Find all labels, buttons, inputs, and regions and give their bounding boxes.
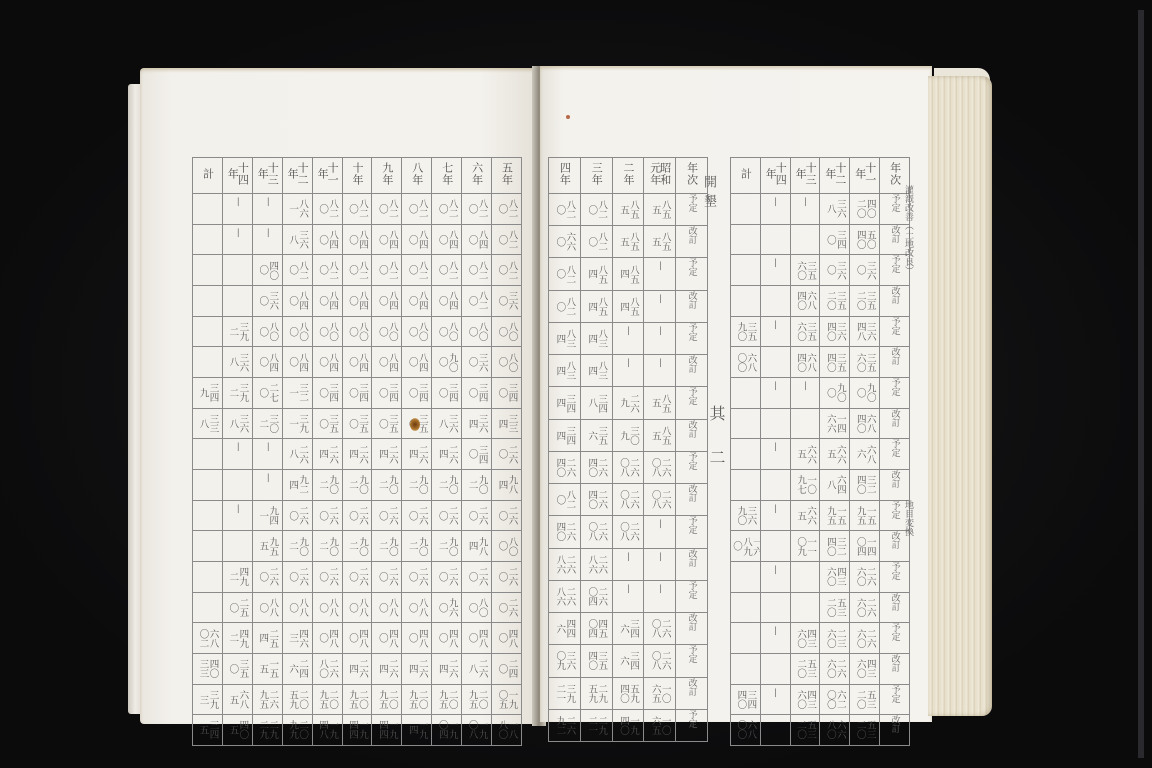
column-header-text: 昭和元年 [650, 158, 670, 190]
table-cell: 六四八 [820, 469, 850, 500]
table-cell: 九〇二 [402, 469, 432, 500]
table-cell [760, 653, 790, 684]
table-cell-text: 二六四 [317, 442, 337, 466]
column-header-text: 計 [740, 168, 750, 180]
table-cell: — [760, 500, 790, 531]
table-cell: — [760, 561, 790, 592]
table-cell-text: 二六〇 [437, 565, 457, 589]
table-cell-text: 八四〇 [347, 350, 367, 374]
table-cell: 一四六六 [820, 408, 850, 439]
table-cell-text: 二六〇八 [650, 616, 670, 641]
table-cell: 二六〇 [492, 439, 522, 470]
table-cell [790, 592, 820, 623]
table-cell: 四三六〇 [820, 561, 850, 592]
table-cell-text: 八二〇 [554, 197, 574, 222]
table-cell-text: 八五四 [618, 294, 638, 319]
table-cell-text: 三五六〇 [855, 350, 875, 374]
table-cell: — [222, 439, 252, 470]
table-cell: 三四〇 [342, 377, 372, 408]
table-cell-text: — [770, 320, 780, 330]
table-cell-text: 二六〇八 [618, 519, 638, 544]
table-cell: 八五五 [644, 226, 676, 258]
table-cell: 三六〇 [462, 347, 492, 378]
table-cell-text: 八八〇 [347, 596, 367, 620]
row-label: 改訂 [880, 592, 910, 623]
row-label: 予定 [676, 709, 708, 741]
table-cell-text: 二九二九 [257, 718, 277, 742]
table-cell-text: 三四〇 [497, 381, 517, 405]
table-cell: 三六四〇 [820, 316, 850, 347]
table-cell: 八〇〇 [492, 347, 522, 378]
table-cell-text: 二六四 [377, 657, 397, 681]
table-cell-text: 三五四〇 [586, 648, 606, 673]
table-cell-text: 六八四〇 [795, 289, 815, 313]
table-cell-text: 九六〇 [437, 596, 457, 620]
row-label: 改訂 [676, 355, 708, 387]
table-cell [760, 592, 790, 623]
table-cell-text: 四〇二〇 [855, 197, 875, 221]
table-row: 三六〇八四〇八四〇八四〇八四〇八四〇八四〇八二〇三六〇 [193, 285, 522, 316]
table-cell: 三五〇 [312, 408, 342, 439]
table-cell-text: 九〇二 [377, 534, 397, 558]
table-cell [760, 469, 790, 500]
table-cell: 二六〇八 [612, 516, 644, 548]
table-cell-text: 八四〇 [347, 228, 367, 252]
table-cell: 四〇三三 [193, 653, 223, 684]
table-cell-text: 八五四 [618, 261, 638, 286]
table-cell-text: 九四一 [257, 504, 277, 528]
table-cell: 二六〇八 [612, 451, 644, 483]
table-cell: 二六〇八 [580, 516, 612, 548]
column-header: 計 [731, 158, 761, 194]
table-cell-text: 八五五 [618, 229, 638, 254]
table-cell-text: 一五五 [257, 657, 277, 681]
table-cell [760, 285, 790, 316]
table-cell-text: 二六八六 [554, 584, 574, 609]
table-cell: 六八〇〇 [731, 715, 761, 746]
table-cell-text: 四九二 [227, 626, 247, 650]
column-header-text: 五年 [502, 162, 512, 186]
table-cell: 二六四 [372, 653, 402, 684]
table-cell-text: 八四〇 [467, 228, 487, 252]
table-cell: 四九二 [222, 623, 252, 654]
frame-edge [1138, 10, 1144, 758]
table-cell-text: 九〇二 [437, 534, 457, 558]
table-cell-text: 四八〇 [347, 626, 367, 650]
table-row: 八二〇二六四〇二六〇八二六〇八改訂 [549, 484, 708, 516]
table-cell: 二〇九五 [312, 684, 342, 715]
table-cell: 三二四〇 [820, 531, 850, 562]
table-cell-text: 三二四〇 [855, 473, 875, 497]
table-cell-text: 三五四〇 [825, 350, 845, 374]
table-cell-text: — [800, 381, 810, 391]
table-cell: 三六〇 [850, 255, 880, 286]
table-cell: 三五二〇 [820, 285, 850, 316]
table-cell: 八二〇 [549, 484, 581, 516]
table-cell: 三六九〇 [731, 500, 761, 531]
table-cell: 一九〇八 [462, 715, 492, 746]
table-cell-text: 二六九 [618, 390, 638, 415]
table-cell-text: 八四〇 [257, 350, 277, 374]
row-label: 予定 [676, 451, 708, 483]
table-cell-text: 二六四〇 [586, 455, 606, 480]
table-row: 一〇九七六四八三二四〇改訂 [731, 469, 910, 500]
table-cell-text: 二六四 [437, 442, 457, 466]
table-cell-text: 二六六〇 [855, 596, 875, 620]
table-cell: 三六四八 [850, 316, 880, 347]
table-cell-text: 八五五 [618, 197, 638, 222]
table-cell: 二六四〇 [549, 451, 581, 483]
table-cell-text: 一一〇九 [795, 534, 815, 558]
row-label: 予定 [676, 387, 708, 419]
table-cell-text: 八二〇 [407, 197, 427, 221]
table-cell-text: 八四〇 [347, 289, 367, 313]
table-cell: 三五〇 [222, 653, 252, 684]
table-cell: 二六〇八 [644, 613, 676, 645]
table-cell: — [760, 316, 790, 347]
table-cell: 八二〇 [580, 226, 612, 258]
table-cell: 九〇二 [432, 469, 462, 500]
table-cell-text: 二六四〇 [554, 455, 574, 480]
table-cell-text: — [232, 442, 242, 452]
table-cell: 八〇〇 [282, 316, 312, 347]
table-row: 二五〇八八〇八八〇八八〇八八〇八八〇八八〇九六〇八〇〇二六〇 [193, 592, 522, 623]
table-cell-text: 八四〇 [437, 228, 457, 252]
table-cell: 三四〇 [432, 377, 462, 408]
table-cell-text: — [232, 504, 242, 514]
table-cell-text: 八二〇 [437, 197, 457, 221]
table-cell: 二六八〇 [312, 653, 342, 684]
column-header-text: 十四年 [227, 158, 247, 190]
table-cell: 六八四〇 [790, 347, 820, 378]
row-label-text: 予定 [890, 562, 900, 580]
row-label-text: 予定 [687, 516, 697, 534]
row-label: 改訂 [880, 408, 910, 439]
table-cell: 二六〇八 [612, 484, 644, 516]
table-cell-text: 八四〇 [377, 350, 397, 374]
table-cell-text: 二六〇 [257, 565, 277, 589]
table-cell-text: — [232, 197, 242, 207]
table-cell-text: 九二四 [287, 473, 307, 497]
table-cell-text: 六八四〇 [855, 412, 875, 436]
table-cell-text: 八四〇 [377, 289, 397, 313]
table-cell: 九〇二 [462, 469, 492, 500]
table-cell-text: 三九三 [197, 688, 217, 712]
table-cell-text: 一五九五 [855, 504, 875, 528]
table-cell-text: 八二〇 [347, 197, 367, 221]
table-cell: 二六〇 [342, 561, 372, 592]
table-cell: 六六八〇 [820, 715, 850, 746]
table-cell-text: 一九四 [407, 718, 427, 742]
column-header: 十一年 [850, 158, 880, 194]
table-row: 三四九三九二二七〇三二一三四〇三四〇三四〇三四〇三四〇三四〇三四〇 [193, 377, 522, 408]
table-cell-text: 二六〇 [497, 596, 517, 620]
column-header-text: 計 [202, 168, 212, 180]
column-header-text: 八年 [412, 162, 422, 186]
table-cell-text: — [770, 504, 780, 514]
table-cell: 四〇二〇 [850, 194, 880, 225]
row-label: 予定 [676, 645, 708, 677]
table-cell [193, 439, 223, 470]
table-cell: — [644, 290, 676, 322]
table-cell: 二三六〇 [820, 623, 850, 654]
table-cell: 八四〇 [462, 224, 492, 255]
table-cell: 五三二〇 [850, 715, 880, 746]
column-header: 二年 [612, 158, 644, 194]
table-cell: 三五四〇 [820, 347, 850, 378]
table-cell: 六八五 [222, 684, 252, 715]
row-label-text: 改訂 [687, 420, 697, 438]
table-cell-text: 二六九五 [257, 688, 277, 712]
table-cell: 一〇九七 [790, 469, 820, 500]
table-row: 六六〇八二〇八五五八五五改訂 [549, 226, 708, 258]
table-row: 三九二一二九五九五九四〇一〇六五改訂 [549, 677, 708, 709]
table-cell: 一九〇四 [432, 715, 462, 746]
row-label-text: 改訂 [890, 409, 900, 427]
table-cell-text: 二六〇 [287, 504, 307, 528]
row-label-text: 改訂 [890, 593, 900, 611]
table-cell: — [252, 224, 282, 255]
table-cell: 四〇〇 [252, 255, 282, 286]
table-cell: 九二四 [282, 469, 312, 500]
column-header: 十四年 [760, 158, 790, 194]
table-cell-text: 三四八 [586, 390, 606, 415]
table-cell-text: 九〇二 [287, 534, 307, 558]
table-cell: 六二〇〇 [820, 684, 850, 715]
table-row: —四三六〇二六六〇予定 [731, 561, 910, 592]
table-cell-text: 八四〇 [317, 228, 337, 252]
row-label-text: 予定 [890, 439, 900, 457]
table-cell: 八四〇 [282, 347, 312, 378]
table-cell: 二六八六 [549, 580, 581, 612]
table-cell-text: 二七〇 [257, 381, 277, 405]
table-cell-text: 二六〇 [377, 565, 397, 589]
table-cell [731, 194, 761, 225]
table-cell: 四八〇 [402, 623, 432, 654]
table-cell-text: 三六〇 [855, 258, 875, 282]
row-label-text: 改訂 [687, 355, 697, 373]
table-cell: 二六六〇 [850, 592, 880, 623]
column-header-text: 十三年 [257, 158, 277, 190]
table-cell-text: 四〇五 [227, 718, 247, 742]
table-cell: 四五〇四 [580, 613, 612, 645]
table-cell-text: 八〇〇 [467, 320, 487, 344]
table-cell: 三四五 [193, 715, 223, 746]
table-cell: 八二〇 [432, 194, 462, 225]
paper-speck [566, 115, 570, 119]
table-cell: 三六〇九 [549, 645, 581, 677]
table-cell-text: 九〇〇 [825, 381, 845, 405]
table-cell-text: 八〇〇 [497, 320, 517, 344]
table-cell: 三九三 [193, 684, 223, 715]
table-cell: 五三二〇 [850, 684, 880, 715]
table-cell-text: 二六九二 [554, 713, 574, 738]
row-label-text: 改訂 [687, 613, 697, 631]
table-cell [193, 194, 223, 225]
table-cell [222, 469, 252, 500]
table-cell-text: 三六八 [227, 350, 247, 374]
table-cell: 九八四 [492, 469, 522, 500]
row-label-text: 予定 [687, 581, 697, 599]
table-cell-text: 三二四〇 [825, 534, 845, 558]
table-row: —九四一二六〇二六〇二六〇二六〇二六〇二六〇二六〇二六〇 [193, 500, 522, 531]
table-cell: 二六〇 [342, 500, 372, 531]
table-cell-text: 三四〇 [407, 381, 427, 405]
table-cell: 四八〇 [342, 623, 372, 654]
table-cell: 二六〇八 [644, 484, 676, 516]
table-cell: 五〇四〇 [850, 224, 880, 255]
table-cell: 五三二〇 [790, 653, 820, 684]
row-label-text: 改訂 [890, 654, 900, 672]
row-label-header-text: 年次 [687, 162, 697, 186]
table-cell: — [222, 500, 252, 531]
land-conversion-title: 地目変換 [902, 500, 915, 536]
table-cell: 二六六〇 [850, 561, 880, 592]
table-row: 三四四〇—四三六〇六二〇〇五三二〇予定 [731, 684, 910, 715]
table-cell: 三四〇 [820, 224, 850, 255]
table-cell: 八二〇 [549, 194, 581, 226]
table-cell: 二六四 [432, 439, 462, 470]
table-cell-text: 二六四 [407, 657, 427, 681]
table-cell: 九〇二 [342, 469, 372, 500]
table-cell: 八四〇 [342, 224, 372, 255]
table-cell: 四三六〇 [790, 623, 820, 654]
table-cell-text: — [623, 326, 633, 336]
row-label: 予定 [676, 516, 708, 548]
table-cell-text: 四八〇 [407, 626, 427, 650]
table-cell: 二六九二 [549, 709, 581, 741]
table-cell: 二六八 [462, 653, 492, 684]
row-label: 予定 [880, 377, 910, 408]
table-cell-text: 二九五九 [586, 681, 606, 706]
table-cell-text: 三五二〇 [855, 289, 875, 313]
table-cell-text: 二六〇 [347, 565, 367, 589]
table-cell-text: 六八四〇 [795, 350, 815, 374]
table-cell-text: 四五〇四 [586, 616, 606, 641]
table-cell-text: 三四〇 [467, 381, 487, 405]
table-cell: 二〇九五 [372, 684, 402, 715]
table-cell-text: — [262, 473, 272, 483]
table-cell: 八〇〇 [372, 316, 402, 347]
table-cell-text: — [655, 358, 665, 368]
table-cell: 一〇六五 [644, 677, 676, 709]
table-cell: 九〇二 [432, 531, 462, 562]
table-row: 三六九〇—六六五一五九五一五九五予定 [731, 500, 910, 531]
table-cell: 四八〇 [312, 623, 342, 654]
table-cell-text: 一五九五 [825, 504, 845, 528]
table-cell-text: — [655, 519, 665, 529]
table-cell: 八四〇 [432, 285, 462, 316]
table-cell: 八二〇 [462, 285, 492, 316]
table-cell-text: 九〇二 [407, 473, 427, 497]
column-header: 十三年 [790, 158, 820, 194]
table-cell-text: 六六五 [795, 504, 815, 528]
table-cell: 八二〇 [549, 258, 581, 290]
table-cell: 八四〇 [402, 347, 432, 378]
table-cell: 八〇〇 [402, 316, 432, 347]
table-cell: 二四六 [282, 653, 312, 684]
table-cell-text: 八四〇 [317, 289, 337, 313]
table-cell-text: 四三六〇 [855, 657, 875, 681]
table-cell-text: 三六〇九 [554, 648, 574, 673]
column-header-text: 四年 [559, 162, 569, 186]
table-cell-text: 三四四 [554, 423, 574, 448]
table-cell: 三五九〇 [731, 316, 761, 347]
row-label: 改訂 [676, 484, 708, 516]
table-cell-text: 三六四八 [855, 320, 875, 344]
table-row: —四三六〇二三六〇二六六〇予定 [731, 623, 910, 654]
table-row: 二六四〇二六〇八二六〇八—予定 [549, 516, 708, 548]
table-cell-text: — [655, 552, 665, 562]
table-cell: 六八六 [850, 439, 880, 470]
table-cell [193, 469, 223, 500]
row-label: 改訂 [880, 653, 910, 684]
table-cell: 三四四〇 [731, 684, 761, 715]
table-cell-text: 八五四 [586, 294, 606, 319]
table-cell: 三六四 [462, 408, 492, 439]
column-header: 四年 [549, 158, 581, 194]
table-cell: 九五五 [252, 531, 282, 562]
table-cell: 二六〇 [432, 561, 462, 592]
table-cell: 二六四 [372, 439, 402, 470]
table-cell: 四四六 [549, 613, 581, 645]
table-cell-text: 四八〇 [377, 626, 397, 650]
table-cell: 一〇六五 [644, 709, 676, 741]
row-label: 改訂 [880, 285, 910, 316]
table-cell-text: 二〇九五 [377, 688, 397, 712]
table-cell [193, 500, 223, 531]
table-cell [760, 224, 790, 255]
column-header-text: 十三年 [795, 158, 815, 190]
row-label-text: 予定 [890, 623, 900, 641]
table-cell-text: — [262, 442, 272, 452]
table-cell: 六六〇 [549, 226, 581, 258]
table-cell-text: 八三四 [586, 326, 606, 351]
row-label: 予定 [880, 684, 910, 715]
table-cell-text: 三五〇 [317, 412, 337, 436]
table-cell: 二六〇 [252, 561, 282, 592]
table-cell: 八二〇 [492, 194, 522, 225]
row-label: 改訂 [676, 419, 708, 451]
table-cell: 三六〇 [252, 285, 282, 316]
table-cell-text: 三三四 [497, 412, 517, 436]
table-cell [731, 408, 761, 439]
table-cell: — [790, 194, 820, 225]
table-cell: 五九四〇 [612, 677, 644, 709]
table-cell: 二六四 [432, 653, 462, 684]
row-label-text: 予定 [687, 645, 697, 663]
table-row: ——九〇〇九〇〇予定 [731, 377, 910, 408]
table-cell: 二六九五 [252, 684, 282, 715]
table-cell-text: — [623, 552, 633, 562]
table-cell: — [612, 548, 644, 580]
table-cell: 一五九五 [820, 500, 850, 531]
table-row: 一六八九〇一一〇九三二四〇一四〇四改訂 [731, 531, 910, 562]
table-cell: 二六〇 [432, 500, 462, 531]
table-cell-text: 三九二一 [554, 681, 574, 706]
table-cell: — [644, 548, 676, 580]
table-cell-text: 三〇九 [618, 423, 638, 448]
table-cell-text: 三六八 [287, 228, 307, 252]
table-cell: 二四〇 [492, 653, 522, 684]
table-cell: 一九四 [402, 715, 432, 746]
table-cell: 六六五 [790, 439, 820, 470]
table-cell: 二六〇 [492, 561, 522, 592]
table-cell [193, 592, 223, 623]
row-label: 予定 [676, 580, 708, 612]
table-row: 三九二八〇〇八〇〇八〇〇八〇〇八〇〇八〇〇八〇〇八〇〇八〇〇 [193, 316, 522, 347]
table-cell-text: 九〇二 [467, 473, 487, 497]
